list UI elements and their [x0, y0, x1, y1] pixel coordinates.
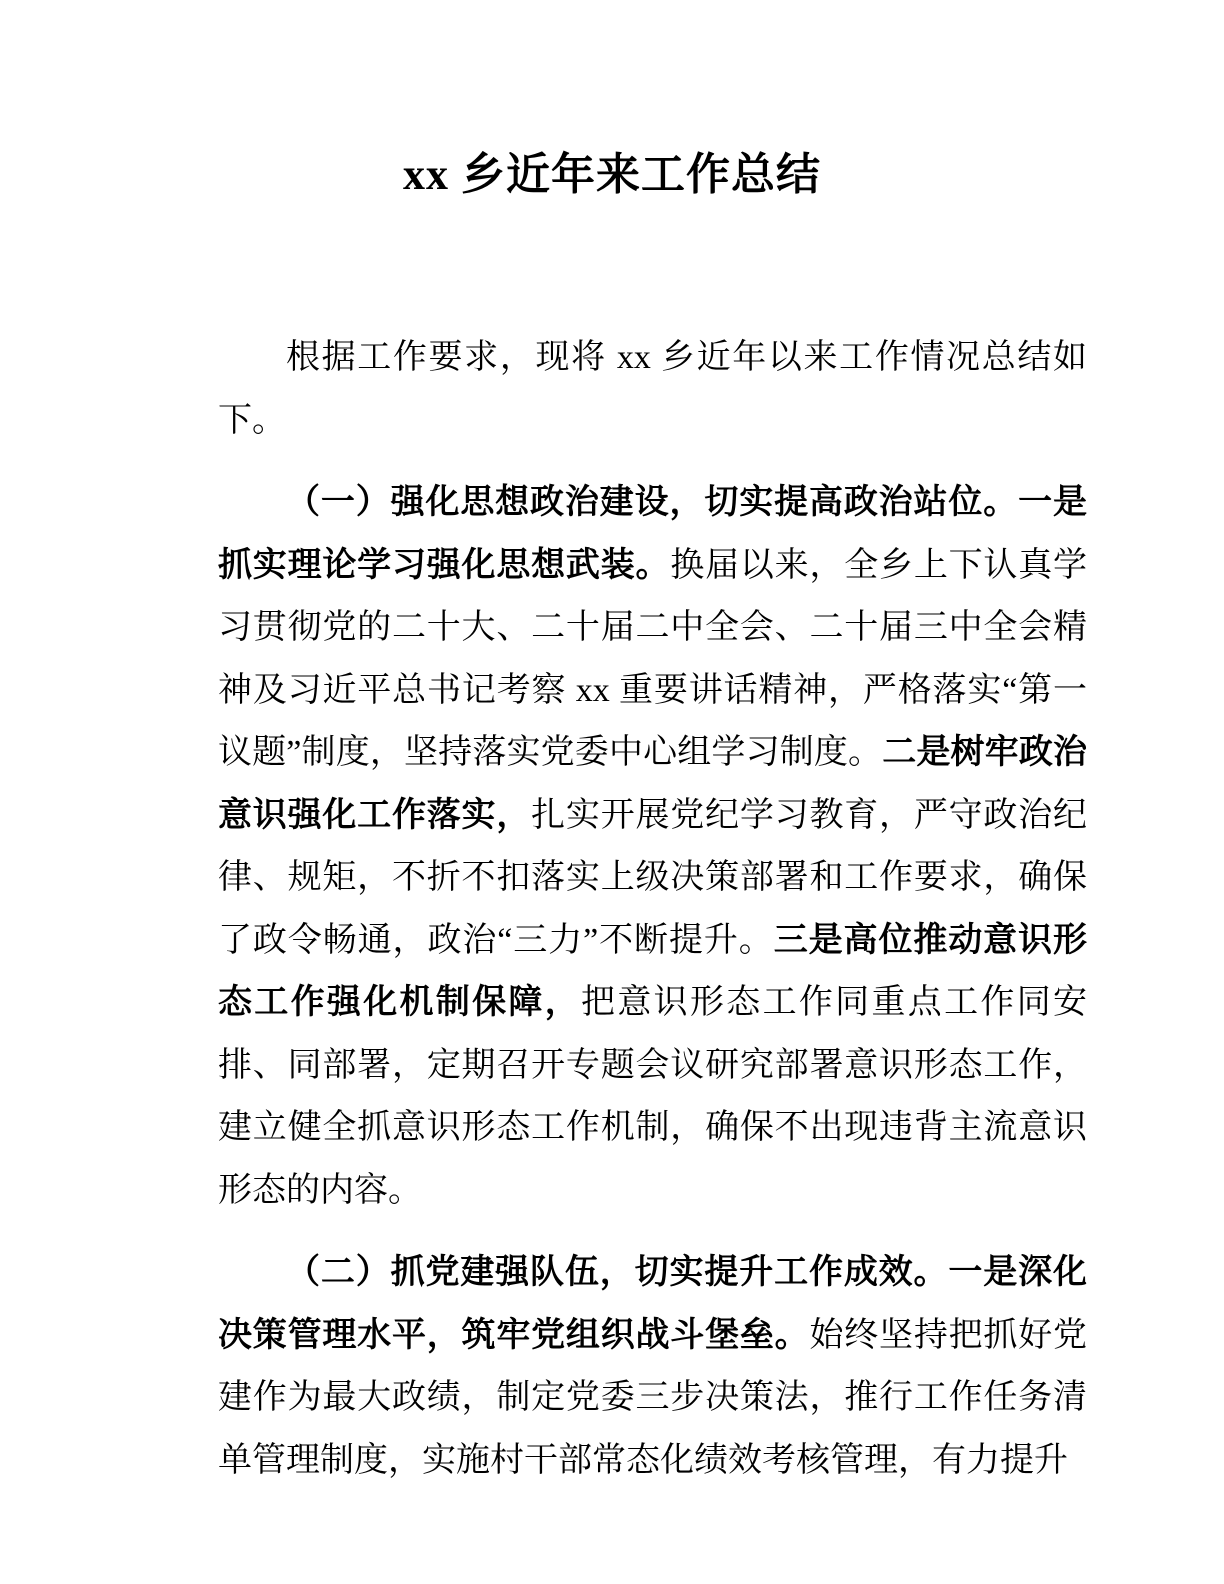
document-title: xx 乡近年来工作总结 — [0, 0, 1224, 204]
text-run: 根据工作要求，现将 xx 乡近年以来工作情况总结如下。 — [218, 339, 1087, 439]
paragraph: （二）抓党建强队伍，切实提升工作成效。一是深化决策管理水平，筑牢党组织战斗堡垒。… — [218, 1242, 1087, 1492]
paragraph: 根据工作要求，现将 xx 乡近年以来工作情况总结如下。 — [218, 327, 1087, 452]
document-body: 根据工作要求，现将 xx 乡近年以来工作情况总结如下。（一）强化思想政治建设，切… — [218, 327, 1087, 1492]
document-page: xx 乡近年来工作总结 根据工作要求，现将 xx 乡近年以来工作情况总结如下。（… — [0, 0, 1224, 1584]
paragraph: （一）强化思想政治建设，切实提高政治站位。一是抓实理论学习强化思想武装。换届以来… — [218, 472, 1087, 1222]
